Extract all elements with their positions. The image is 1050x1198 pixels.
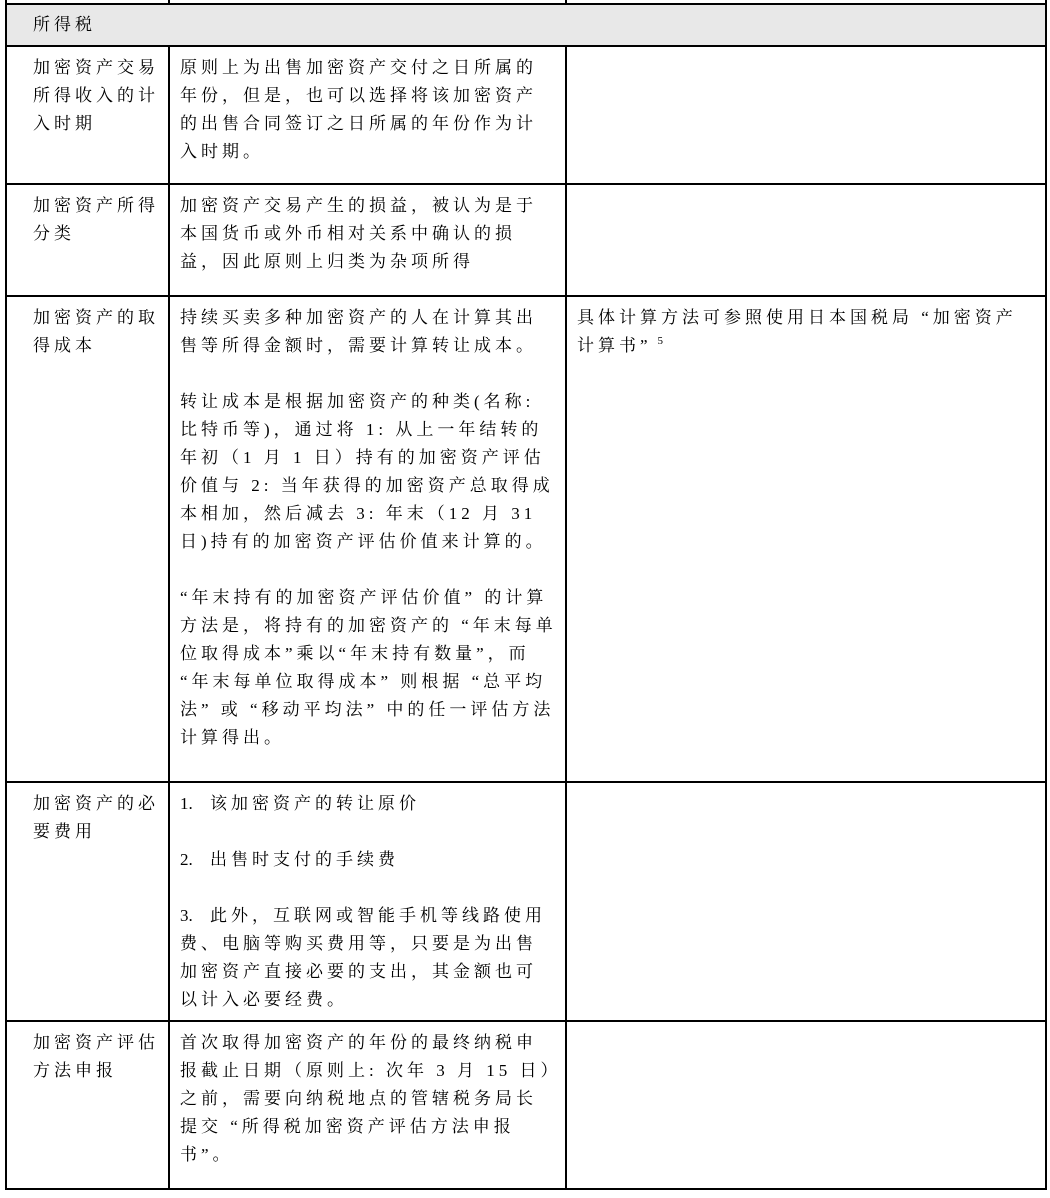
row-content-cell: 加密资产交易产生的损益，被认为是于本国货币或外币相对关系中确认的损益，因此原则上… [169,184,566,296]
row-label: 加密资产的取得成本 [33,304,162,360]
row-label: 加密资产交易所得收入的计入时期 [33,54,162,138]
row-label: 加密资产评估方法申报 [33,1029,162,1085]
content-paragraph: 转让成本是根据加密资产的种类(名称: 比特币等)，通过将 1: 从上一年结转的年… [180,388,557,556]
table-row: 加密资产的取得成本 持续买卖多种加密资产的人在计算其出售等所得金额时，需要计算转… [6,296,1046,782]
note-text: 具体计算方法可参照使用日本国税局 “加密资产计算书” [577,308,1017,355]
row-label-cell: 加密资产所得分类 [6,184,169,296]
row-note-cell [566,782,1046,1021]
row-content-cell: 1.该加密资产的转让原价 2.出售时支付的手续费 3.此外，互联网或智能手机等线… [169,782,566,1021]
list-item: 1.该加密资产的转让原价 [180,790,557,818]
table-row: 加密资产交易所得收入的计入时期 原则上为出售加密资产交付之日所属的年份，但是，也… [6,46,1046,184]
document-page: 所得税 加密资产交易所得收入的计入时期 原则上为出售加密资产交付之日所属的年份，… [0,0,1050,1198]
row-note-cell: 具体计算方法可参照使用日本国税局 “加密资产计算书”5 [566,296,1046,782]
content-paragraph: 加密资产交易产生的损益，被认为是于本国货币或外币相对关系中确认的损益，因此原则上… [180,192,557,276]
table-row: 加密资产所得分类 加密资产交易产生的损益，被认为是于本国货币或外币相对关系中确认… [6,184,1046,296]
section-title: 所得税 [33,15,96,34]
content-paragraph: 原则上为出售加密资产交付之日所属的年份，但是，也可以选择将该加密资产的出售合同签… [180,54,557,166]
list-item-number: 2. [180,846,210,874]
row-label: 加密资产的必要费用 [33,790,162,846]
income-tax-table: 所得税 加密资产交易所得收入的计入时期 原则上为出售加密资产交付之日所属的年份，… [5,0,1047,1190]
row-label: 加密资产所得分类 [33,192,162,248]
list-item-number: 3. [180,902,210,930]
list-item-number: 1. [180,790,210,818]
row-note-cell [566,46,1046,184]
row-note-cell [566,1021,1046,1189]
list-item-text: 出售时支付的手续费 [210,850,399,869]
table-row: 加密资产评估方法申报 首次取得加密资产的年份的最终纳税申报截止日期（原则上: 次… [6,1021,1046,1189]
table-row: 加密资产的必要费用 1.该加密资产的转让原价 2.出售时支付的手续费 3.此外，… [6,782,1046,1021]
row-content-cell: 持续买卖多种加密资产的人在计算其出售等所得金额时，需要计算转让成本。 转让成本是… [169,296,566,782]
table-row-section-header: 所得税 [6,4,1046,46]
row-label-cell: 加密资产的必要费用 [6,782,169,1021]
row-label-cell: 加密资产评估方法申报 [6,1021,169,1189]
row-label-cell: 加密资产交易所得收入的计入时期 [6,46,169,184]
section-header-cell: 所得税 [6,4,1046,46]
row-label-cell: 加密资产的取得成本 [6,296,169,782]
content-paragraph: 持续买卖多种加密资产的人在计算其出售等所得金额时，需要计算转让成本。 [180,304,557,360]
footnote-reference: 5 [658,335,664,347]
content-paragraph: 首次取得加密资产的年份的最终纳税申报截止日期（原则上: 次年 3 月 15 日）… [180,1029,557,1169]
note-paragraph: 具体计算方法可参照使用日本国税局 “加密资产计算书”5 [577,304,1035,360]
list-item: 2.出售时支付的手续费 [180,846,557,874]
row-note-cell [566,184,1046,296]
list-item-text: 该加密资产的转让原价 [210,794,420,813]
row-content-cell: 原则上为出售加密资产交付之日所属的年份，但是，也可以选择将该加密资产的出售合同签… [169,46,566,184]
list-item-text: 此外，互联网或智能手机等线路使用费、电脑等购买费用等，只要是为出售加密资产直接必… [180,906,546,1009]
content-paragraph: “年末持有的加密资产评估价值” 的计算方法是，将持有的加密资产的 “年末每单位取… [180,584,557,752]
row-content-cell: 首次取得加密资产的年份的最终纳税申报截止日期（原则上: 次年 3 月 15 日）… [169,1021,566,1189]
list-item: 3.此外，互联网或智能手机等线路使用费、电脑等购买费用等，只要是为出售加密资产直… [180,902,557,1014]
